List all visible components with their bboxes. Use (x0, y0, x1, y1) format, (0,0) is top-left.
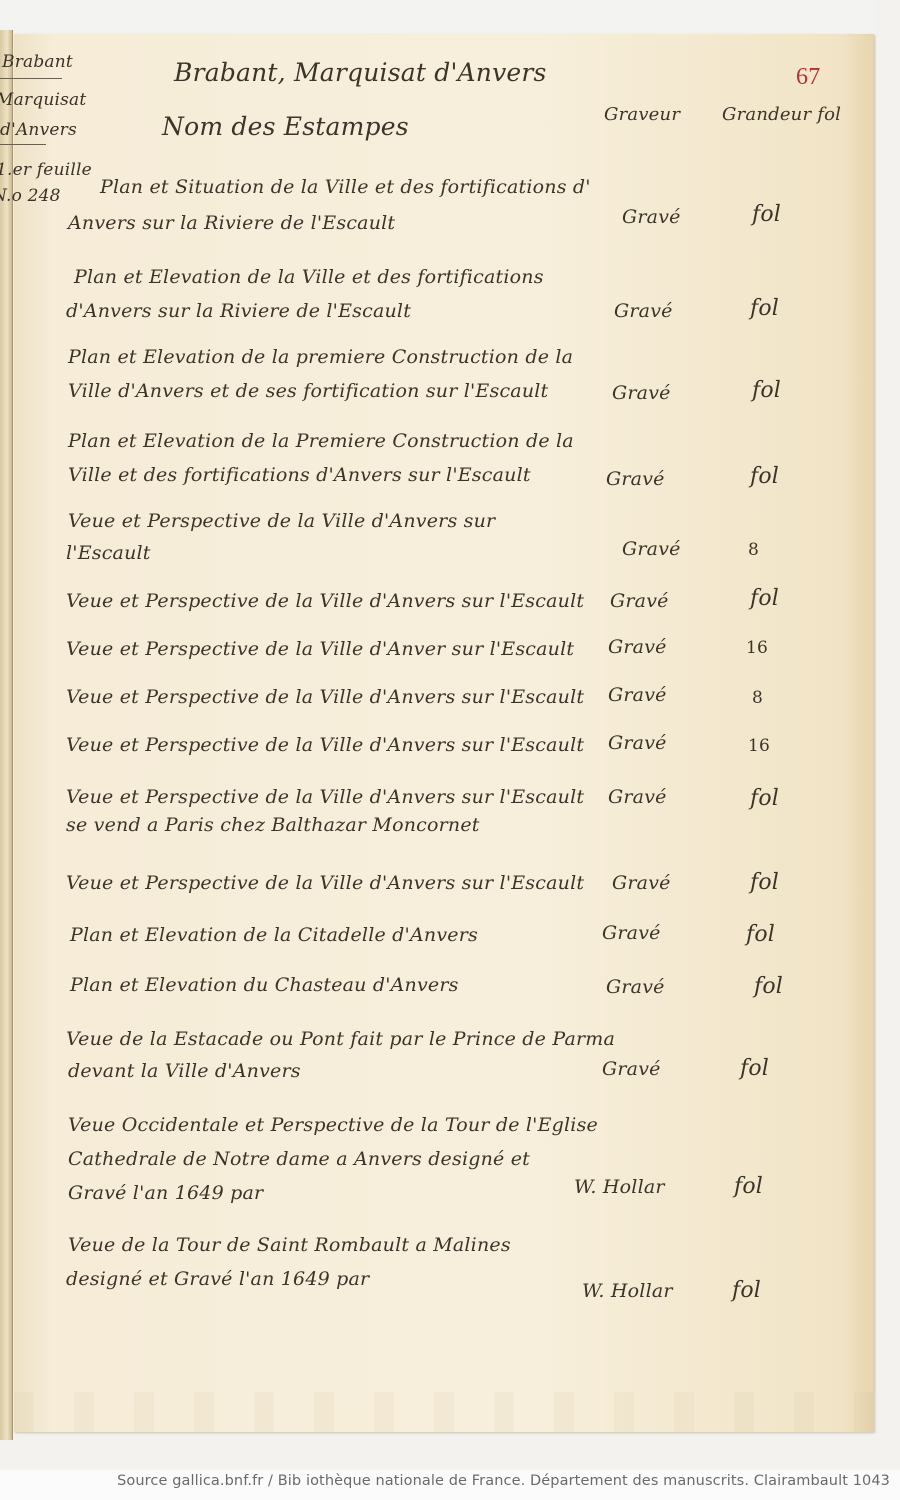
adjacent-page-edge (0, 30, 13, 1440)
entry-engraver: Gravé (608, 684, 667, 706)
margin-note-line: Marquisat (0, 90, 86, 110)
page-title: Brabant, Marquisat d'Anvers (174, 58, 547, 87)
entry-line: Veue Occidentale et Perspective de la To… (68, 1114, 598, 1136)
entry-line: d'Anvers sur la Riviere de l'Escault (66, 300, 411, 322)
entry-engraver: Gravé (622, 538, 681, 560)
entry-line: Plan et Situation de la Ville et des for… (100, 176, 591, 198)
entry-line: Veue et Perspective de la Ville d'Anvers… (66, 590, 584, 612)
entry-line: Veue et Perspective de la Ville d'Anver … (66, 638, 574, 660)
entry-engraver: W. Hollar (574, 1176, 665, 1198)
entry-engraver: Gravé (602, 922, 661, 944)
manuscript-page: Brabant Marquisat d'Anvers 1.er feuille … (14, 34, 874, 1432)
entry-engraver: Gravé (608, 636, 667, 658)
entry-line: Veue et Perspective de la Ville d'Anvers… (66, 872, 584, 894)
margin-note-line: 1.er feuille (0, 160, 92, 180)
entry-line: Veue et Perspective de la Ville d'Anvers… (66, 786, 584, 808)
entry-line: designé et Gravé l'an 1649 par (66, 1268, 369, 1290)
entry-engraver: Gravé (602, 1058, 661, 1080)
folio-number: 67 (796, 64, 820, 91)
entry-size: fol (752, 378, 781, 403)
source-footer: Source gallica.bnf.fr / Bib iothèque nat… (0, 1470, 900, 1500)
entry-line: devant la Ville d'Anvers (68, 1060, 301, 1082)
entry-line: Plan et Elevation du Chasteau d'Anvers (70, 974, 459, 996)
margin-note-line: N.o 248 (0, 186, 61, 206)
entry-size: fol (754, 974, 783, 999)
entry-line: l'Escault (66, 542, 151, 564)
entry-size: 16 (748, 736, 770, 756)
entry-line: Cathedrale de Notre dame a Anvers design… (68, 1148, 530, 1170)
entry-engraver: Gravé (612, 872, 671, 894)
entry-engraver: Gravé (612, 382, 671, 404)
entry-line: Gravé l'an 1649 par (68, 1182, 263, 1204)
entry-engraver: Gravé (608, 786, 667, 808)
entry-line: Veue de la Estacade ou Pont fait par le … (66, 1028, 615, 1050)
entry-engraver: Gravé (610, 590, 669, 612)
entry-line: Veue et Perspective de la Ville d'Anvers… (66, 734, 584, 756)
margin-rule (0, 78, 62, 79)
scan-background-right (874, 0, 900, 1470)
entry-size: fol (740, 1056, 769, 1081)
entry-size: fol (746, 922, 775, 947)
entry-line: Plan et Elevation de la Premiere Constru… (68, 430, 574, 452)
column-header-title: Nom des Estampes (162, 112, 409, 141)
entry-size: fol (750, 586, 779, 611)
column-header-engraver: Graveur (604, 104, 680, 125)
entry-line: se vend a Paris chez Balthazar Moncornet (66, 814, 480, 836)
entry-engraver: Gravé (614, 300, 673, 322)
entry-size: fol (752, 202, 781, 227)
source-attribution: Source gallica.bnf.fr / Bib iothèque nat… (117, 1473, 890, 1489)
margin-note-line: d'Anvers (0, 120, 77, 140)
entry-size: fol (750, 786, 779, 811)
entry-engraver: Gravé (606, 976, 665, 998)
entry-engraver: Gravé (608, 732, 667, 754)
entry-line: Plan et Elevation de la Citadelle d'Anve… (70, 924, 478, 946)
entry-size: fol (734, 1174, 763, 1199)
margin-rule (0, 144, 46, 145)
entry-size: 8 (748, 540, 759, 560)
entry-line: Veue et Perspective de la Ville d'Anvers… (68, 510, 495, 532)
entry-line: Veue de la Tour de Saint Rombault a Mali… (68, 1234, 511, 1256)
entry-engraver: Gravé (606, 468, 665, 490)
entry-line: Plan et Elevation de la premiere Constru… (68, 346, 573, 368)
entry-line: Plan et Elevation de la Ville et des for… (74, 266, 544, 288)
entry-line: Veue et Perspective de la Ville d'Anvers… (66, 686, 584, 708)
entry-line: Ville et des fortifications d'Anvers sur… (68, 464, 531, 486)
column-header-size: Grandeur fol (722, 104, 841, 125)
entry-size: fol (750, 464, 779, 489)
entry-size: 8 (752, 688, 763, 708)
entry-line: Anvers sur la Riviere de l'Escault (68, 212, 395, 234)
margin-note-line: Brabant (2, 52, 73, 72)
entry-size: 16 (746, 638, 768, 658)
entry-size: fol (732, 1278, 761, 1303)
entry-size: fol (750, 296, 779, 321)
entry-line: Ville d'Anvers et de ses fortification s… (68, 380, 548, 402)
entry-engraver: Gravé (622, 206, 681, 228)
entry-engraver: W. Hollar (582, 1280, 673, 1302)
entry-size: fol (750, 870, 779, 895)
